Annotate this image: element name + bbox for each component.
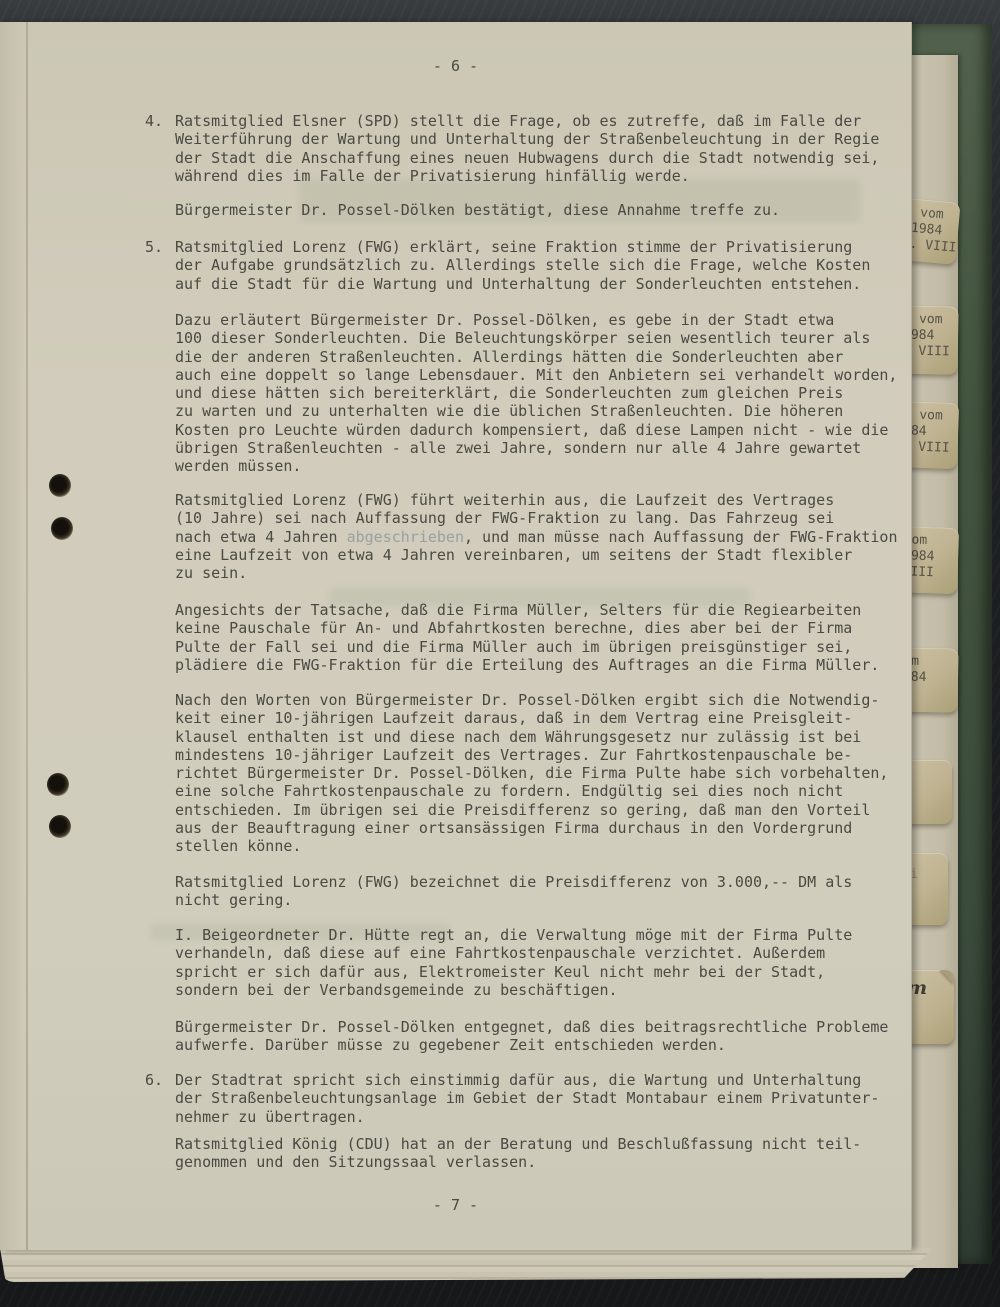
- page-number-footer: - 7 -: [0, 1196, 911, 1214]
- paragraph-lorenz-laufzeit: Ratsmitglied Lorenz (FWG) führt weiterhi…: [175, 491, 897, 582]
- paragraph-mayor-sonderleuchten: Dazu erläutert Bürgermeister Dr. Possel-…: [175, 311, 897, 476]
- paragraph-lorenz-statement: Ratsmitglied Lorenz (FWG) erklärt, seine…: [175, 238, 870, 293]
- paragraph-koenig-absent: Ratsmitglied König (CDU) hat an der Bera…: [175, 1135, 861, 1172]
- punch-hole: [49, 474, 71, 497]
- binding-crease: [26, 22, 28, 1250]
- list-number-6: 6.: [145, 1071, 163, 1089]
- paragraph-huette-proposal: I. Beigeordneter Dr. Hütte regt an, die …: [175, 926, 852, 999]
- photo-of-bound-minutes: g vom .1984 P. VIII g vom 1984 . VIII vo…: [0, 0, 1000, 1307]
- faded-word: abgeschrieben: [347, 528, 464, 546]
- paragraph-mayor-reply: Bürgermeister Dr. Possel-Dölken entgegne…: [175, 1018, 888, 1055]
- paragraph-mayor-preisgleitklausel: Nach den Worten von Bürgermeister Dr. Po…: [175, 691, 888, 856]
- paragraph-resolution: Der Stadtrat spricht sich einstimmig daf…: [175, 1071, 879, 1126]
- paragraph-question-elsner: Ratsmitglied Elsner (SPD) stellt die Fra…: [175, 112, 879, 185]
- punch-hole: [51, 517, 73, 540]
- list-number-5: 5.: [145, 238, 163, 256]
- punch-hole: [49, 815, 71, 838]
- page-number-header: - 6 -: [0, 57, 911, 75]
- paragraph-lorenz-preisdifferenz: Ratsmitglied Lorenz (FWG) bezeichnet die…: [175, 873, 852, 910]
- page-stack-edge: [0, 1248, 942, 1282]
- list-number-4: 4.: [145, 112, 163, 130]
- paragraph-mayor-confirms: Bürgermeister Dr. Possel-Dölken bestätig…: [175, 201, 780, 219]
- paragraph-firma-mueller: Angesichts der Tatsache, daß die Firma M…: [175, 601, 879, 674]
- punch-hole: [47, 773, 69, 796]
